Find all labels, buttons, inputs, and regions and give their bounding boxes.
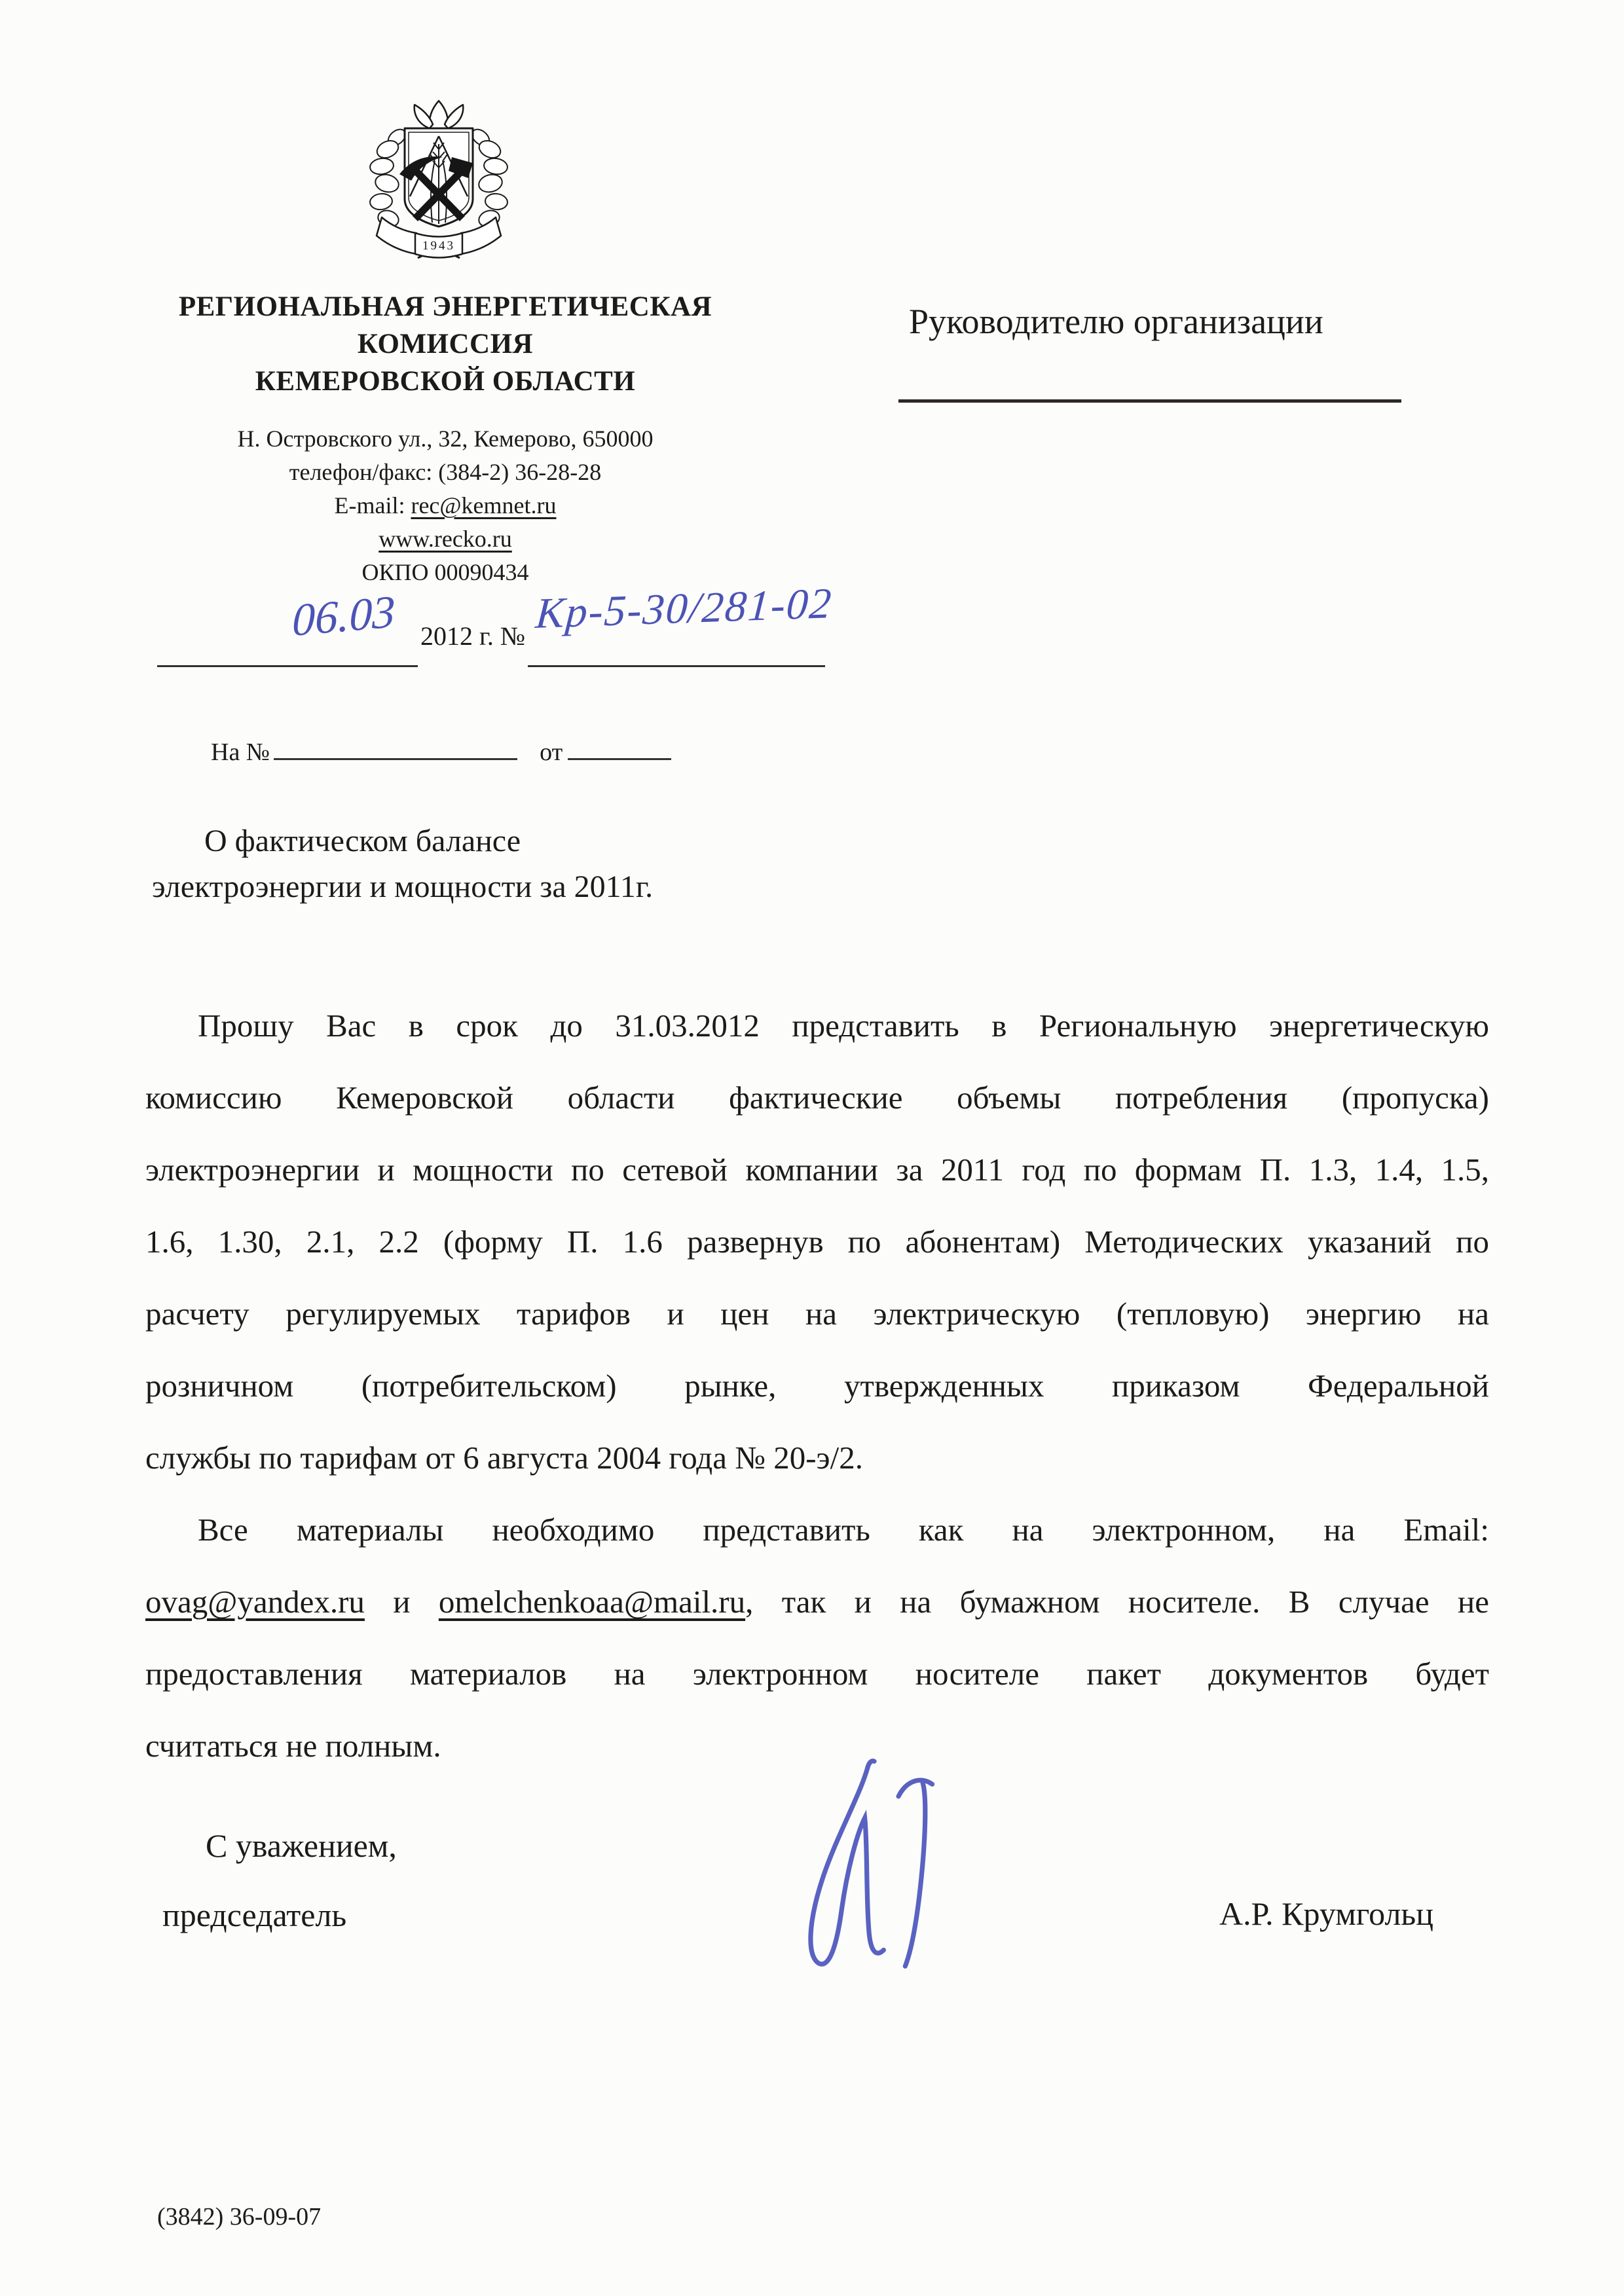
signer-name: А.Р. Крумгольц (1219, 1895, 1433, 1933)
body-text-segment: и (365, 1584, 439, 1620)
number-blank-line (528, 635, 825, 667)
body-line: службы по тарифам от 6 августа 2004 года… (145, 1422, 1489, 1494)
body-line: предоставления материалов на электронном… (145, 1638, 1489, 1710)
body-text-segment: розничном (потребительском) рынке, утвер… (145, 1368, 1489, 1404)
reply-number-blank (274, 731, 517, 760)
email-label: E-mail: (334, 492, 411, 519)
email-address: ovag@yandex.ru (145, 1584, 365, 1620)
body-text-segment: 1.6, 1.30, 2.1, 2.2 (форму П. 1.6 развер… (145, 1224, 1489, 1260)
org-name-line: КЕМЕРОВСКОЙ ОБЛАСТИ (98, 363, 792, 400)
body-text-segment: , так и на бумажном носителе. В случае н… (745, 1584, 1489, 1620)
body-line: розничном (потребительском) рынке, утвер… (145, 1350, 1489, 1422)
body-line: Прошу Вас в срок до 31.03.2012 представи… (145, 990, 1489, 1062)
reply-date-blank (568, 731, 671, 760)
body-text-segment: электроэнергии и мощности по сетевой ком… (145, 1152, 1489, 1188)
scanned-letter-page: 1943 РЕГИОНАЛЬНАЯ ЭНЕРГЕТИЧЕСКАЯ КОМИССИ… (0, 0, 1624, 2296)
coat-of-arms-icon: 1943 (354, 97, 524, 261)
subject-line: О фактическом балансе (152, 818, 653, 864)
body-text-segment: предоставления материалов на электронном… (145, 1656, 1489, 1692)
body-line: комиссию Кемеровской области фактические… (145, 1062, 1489, 1134)
org-name-line: РЕГИОНАЛЬНАЯ ЭНЕРГЕТИЧЕСКАЯ (98, 288, 792, 325)
date-print-label: 2012 г. № (420, 621, 525, 651)
body-paragraphs: Прошу Вас в срок до 31.03.2012 представи… (145, 990, 1489, 1782)
closing-phrase: С уважением, (206, 1827, 397, 1865)
body-text-segment: службы по тарифам от 6 августа 2004 года… (145, 1440, 863, 1476)
handwritten-signature-icon (753, 1755, 995, 1984)
org-address: Н. Островского ул., 32, Кемерово, 650000 (98, 422, 792, 456)
recipient-fill-line (898, 399, 1401, 403)
body-text-segment: комиссию Кемеровской области фактические… (145, 1080, 1489, 1116)
org-contact-block: Н. Островского ул., 32, Кемерово, 650000… (98, 422, 792, 589)
body-line: 1.6, 1.30, 2.1, 2.2 (форму П. 1.6 развер… (145, 1206, 1489, 1278)
body-line: ovag@yandex.ru и omelchenkoaa@mail.ru, т… (145, 1566, 1489, 1638)
recipient-line: Руководителю организации (909, 301, 1323, 342)
org-name: РЕГИОНАЛЬНАЯ ЭНЕРГЕТИЧЕСКАЯ КОМИССИЯ КЕМ… (98, 288, 792, 400)
subject-block: О фактическом балансе электроэнергии и м… (152, 818, 653, 910)
handwritten-outgoing-number: Кр-5-30/281-02 (534, 579, 834, 639)
body-text-segment: Все материалы необходимо представить как… (198, 1512, 1489, 1548)
reply-reference-row: На №от (211, 731, 671, 767)
letterhead: РЕГИОНАЛЬНАЯ ЭНЕРГЕТИЧЕСКАЯ КОМИССИЯ КЕМ… (98, 288, 792, 589)
org-email-line: E-mail: rec@kemnet.ru (98, 489, 792, 522)
body-line: электроэнергии и мощности по сетевой ком… (145, 1134, 1489, 1206)
body-text-segment: считаться не полным. (145, 1728, 441, 1764)
signer-title: председатель (162, 1896, 346, 1934)
org-phone: телефон/факс: (384-2) 36-28-28 (98, 456, 792, 489)
handwritten-date: 06.03 (292, 586, 396, 647)
org-name-line: КОМИССИЯ (98, 325, 792, 363)
emblem-year-label: 1943 (422, 239, 455, 253)
org-website: www.recko.ru (98, 522, 792, 556)
body-line: расчету регулируемых тарифов и цен на эл… (145, 1278, 1489, 1350)
body-line: Все материалы необходимо представить как… (145, 1494, 1489, 1566)
org-email-value: rec@kemnet.ru (411, 492, 556, 519)
subject-line: электроэнергии и мощности за 2011г. (152, 864, 653, 910)
body-text-segment: Прошу Вас в срок до 31.03.2012 представи… (198, 1008, 1489, 1044)
body-text-segment: расчету регулируемых тарифов и цен на эл… (145, 1296, 1489, 1332)
reply-from-label: от (540, 738, 563, 766)
footer-phone: (3842) 36-09-07 (157, 2202, 321, 2231)
reply-prefix-label: На № (211, 738, 270, 766)
email-address: omelchenkoaa@mail.ru (439, 1584, 745, 1620)
